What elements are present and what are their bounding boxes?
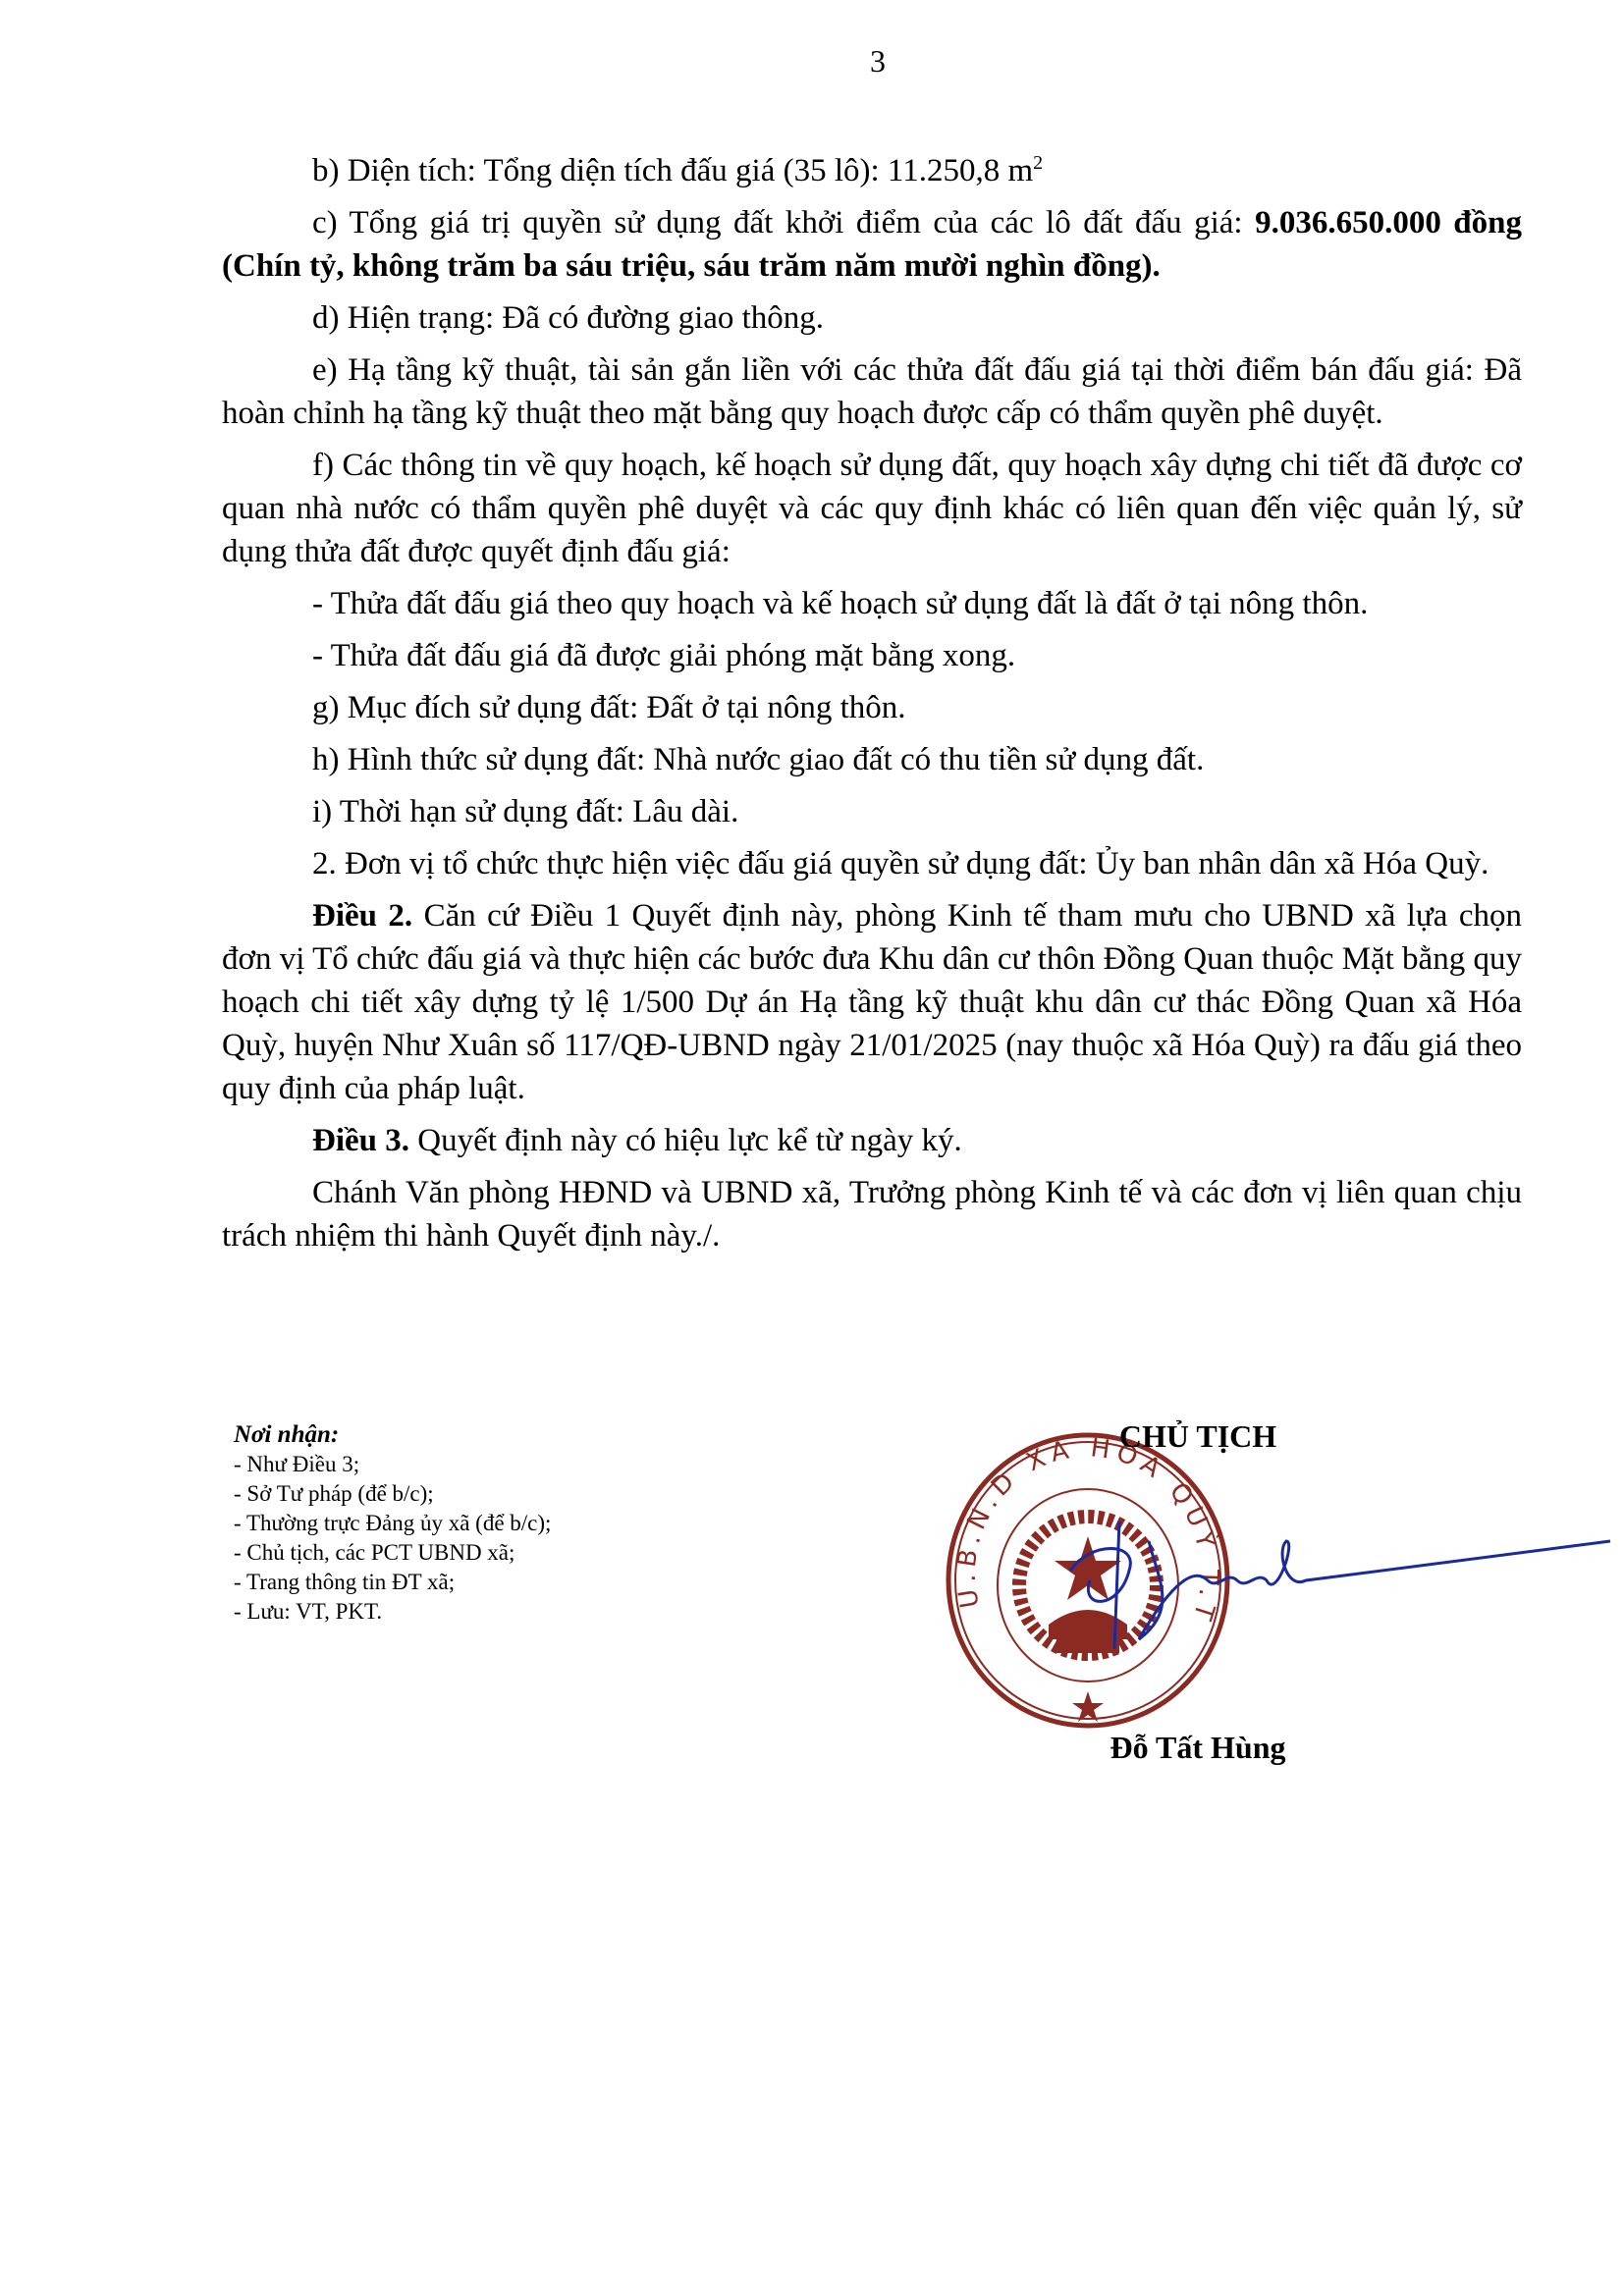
paragraph-c: c) Tổng giá trị quyền sử dụng đất khởi đ…	[222, 201, 1522, 288]
recipient-item: - Như Điều 3;	[234, 1450, 551, 1479]
paragraph-f-bullet-2: - Thửa đất đấu giá đã được giải phóng mặ…	[312, 634, 1522, 677]
recipient-item: - Lưu: VT, PKT.	[234, 1597, 551, 1627]
page-number: 3	[0, 43, 1624, 80]
paragraph-f: f) Các thông tin về quy hoạch, kế hoạch …	[222, 444, 1522, 573]
paragraph-g: g) Mục đích sử dụng đất: Đất ở tại nông …	[312, 686, 1522, 729]
recipient-item: - Chủ tịch, các PCT UBND xã;	[234, 1538, 551, 1568]
recipients-title: Nơi nhận:	[234, 1420, 551, 1450]
article-2: Điều 2. Căn cứ Điều 1 Quyết định này, ph…	[222, 894, 1522, 1110]
document-body: b) Diện tích: Tổng diện tích đấu giá (35…	[312, 149, 1522, 1266]
paragraph-b: b) Diện tích: Tổng diện tích đấu giá (35…	[312, 149, 1522, 192]
paragraph-item-2: 2. Đơn vị tổ chức thực hiện việc đấu giá…	[222, 842, 1522, 885]
signature-icon	[1060, 1512, 1620, 1659]
paragraph-d: d) Hiện trạng: Đã có đường giao thông.	[312, 296, 1522, 340]
paragraph-i: i) Thời hạn sử dụng đất: Lâu dài.	[312, 790, 1522, 833]
recipient-item: - Trang thông tin ĐT xã;	[234, 1568, 551, 1597]
recipients-block: Nơi nhận: - Như Điều 3; - Sở Tư pháp (để…	[234, 1420, 551, 1627]
signer-position: CHỦ TỊCH	[1080, 1418, 1316, 1455]
paragraph-e: e) Hạ tầng kỹ thuật, tài sản gắn liền vớ…	[222, 348, 1522, 435]
recipient-item: - Thường trực Đảng ủy xã (để b/c);	[234, 1509, 551, 1538]
signer-name: Đỗ Tất Hùng	[1080, 1730, 1316, 1766]
closing-paragraph: Chánh Văn phòng HĐND và UBND xã, Trưởng …	[222, 1171, 1522, 1257]
paragraph-f-bullet-1: - Thửa đất đấu giá theo quy hoạch và kế …	[312, 582, 1522, 625]
recipient-item: - Sở Tư pháp (để b/c);	[234, 1479, 551, 1509]
paragraph-h: h) Hình thức sử dụng đất: Nhà nước giao …	[312, 738, 1522, 781]
article-3: Điều 3. Quyết định này có hiệu lực kể từ…	[312, 1119, 1522, 1162]
